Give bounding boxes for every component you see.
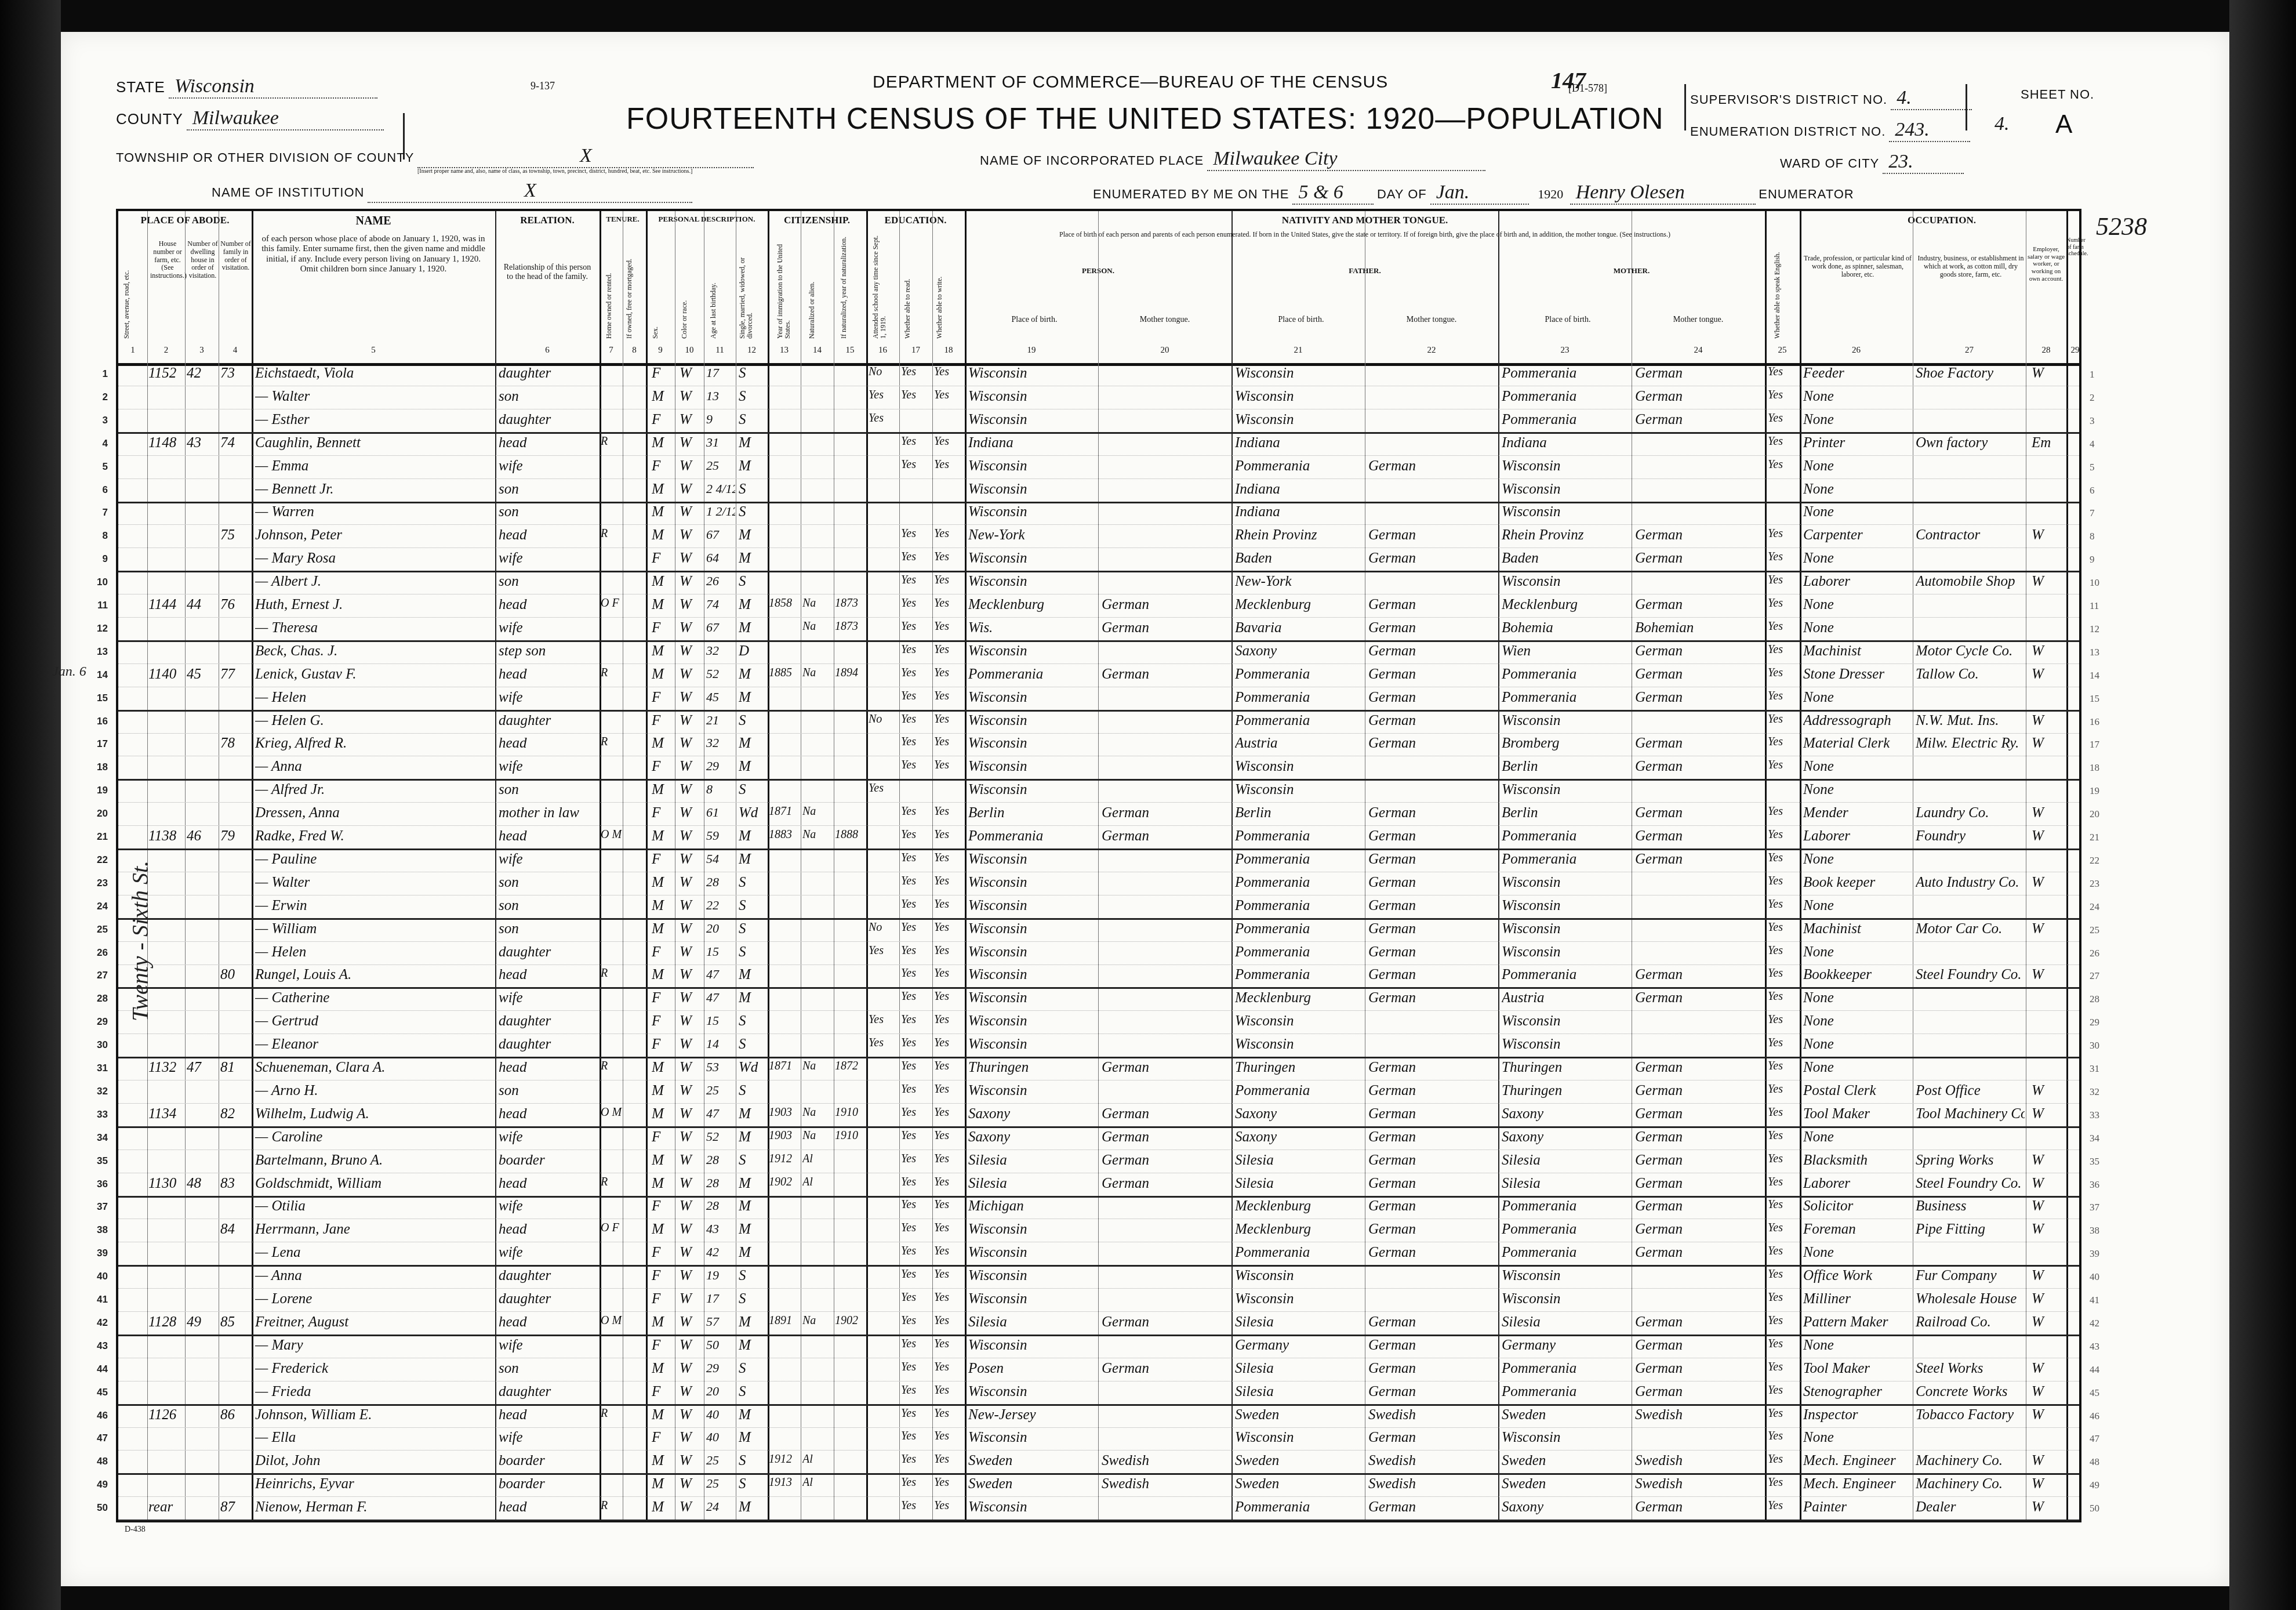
table-row: 4 1148 43 74 Caughlin, Bennett head R M … [118, 433, 2079, 456]
speaks-english: Yes [1768, 389, 1799, 402]
sex: F [652, 1036, 674, 1053]
township-field: TOWNSHIP OR OTHER DIVISION OF COUNTYX [I… [116, 145, 754, 175]
age: 28 [706, 875, 735, 890]
age: 28 [706, 1176, 735, 1191]
house-number: 1134 [148, 1106, 184, 1122]
can-read: Yes [901, 898, 931, 911]
can-read: Yes [901, 458, 931, 472]
mother-tongue: Swedish [1102, 1453, 1230, 1469]
age: 17 [706, 1291, 735, 1306]
speaks-english: Yes [1768, 1198, 1799, 1212]
mother-mother-tongue: German [1635, 550, 1764, 567]
father-mother-tongue: Swedish [1368, 1407, 1497, 1423]
table-row: 27 80 Rungel, Louis A. head R M W 47 M Y… [118, 964, 2079, 989]
age: 61 [706, 805, 735, 820]
table-row: 28 — Catherine wife F W 47 M Yes Yes Wis… [118, 988, 2079, 1011]
family-number: 74 [220, 435, 250, 451]
race: W [680, 620, 703, 636]
industry: Motor Cycle Co. [1916, 643, 2025, 659]
birthplace: Silesia [968, 1176, 1097, 1192]
birthplace: Wisconsin [968, 921, 1097, 937]
person-name: Eichstaedt, Viola [255, 365, 493, 382]
occupation: Postal Clerk [1803, 1083, 1912, 1099]
can-read: Yes [901, 365, 931, 379]
mother-mother-tongue: German [1635, 666, 1764, 683]
naturalization-year: 1910 [835, 1129, 865, 1143]
col24-label: Mother tongue. [1632, 316, 1765, 325]
relation: wife [499, 1129, 598, 1145]
family-number: 76 [220, 597, 250, 613]
line-number: 13 [85, 646, 108, 658]
speaks-english: Yes [1768, 713, 1799, 726]
house-number: 1140 [148, 666, 184, 683]
birthplace: Wisconsin [968, 944, 1097, 960]
colnum-21: 21 [1231, 346, 1365, 356]
colnum-3: 3 [185, 346, 219, 356]
can-write: Yes [934, 1268, 964, 1281]
industry: Contractor [1916, 527, 2025, 543]
table-row: 11 1144 44 76 Huth, Ernest J. head O F M… [118, 594, 2079, 618]
industry: Wholesale House [1916, 1291, 2025, 1307]
race: W [680, 1384, 703, 1400]
house-number: 1152 [148, 365, 184, 382]
line-number: 20 [85, 808, 108, 819]
father-birthplace: Saxony [1235, 1106, 1364, 1122]
mother-birthplace: Wisconsin [1502, 944, 1630, 960]
immigration-year: 1883 [769, 828, 800, 842]
occupation: None [1803, 759, 1912, 775]
can-write: Yes [934, 1083, 964, 1096]
speaks-english: Yes [1768, 597, 1799, 610]
birthplace: Berlin [968, 805, 1097, 821]
sex: M [652, 828, 674, 844]
speaks-english: Yes [1768, 875, 1799, 888]
mother-birthplace: Pommerania [1502, 1361, 1630, 1377]
industry: Post Office [1916, 1083, 2025, 1099]
marital-status: S [739, 1036, 766, 1053]
father-birthplace: Silesia [1235, 1314, 1364, 1330]
can-read: Yes [901, 1083, 931, 1096]
age: 28 [706, 1198, 735, 1213]
employer-class: W [2032, 1499, 2065, 1515]
father-birthplace: Wisconsin [1235, 1013, 1364, 1029]
form-code: [D1-578] [1568, 82, 1607, 95]
employer-class: W [2032, 875, 2065, 891]
line-number: 9 [85, 553, 108, 565]
marital-status: S [739, 365, 766, 382]
industry: Tallow Co. [1916, 666, 2025, 683]
marital-status: S [739, 504, 766, 520]
col27-label: Industry, business, or establishment in … [1916, 255, 2026, 278]
sex: M [652, 875, 674, 891]
can-write: Yes [934, 1176, 964, 1189]
line-number: 44 [85, 1364, 108, 1375]
line-number: 4 [85, 438, 108, 449]
line-number-right: 13 [2090, 647, 2099, 658]
birthplace: Wis. [968, 620, 1097, 636]
person-name: Lenick, Gustav F. [255, 666, 493, 683]
father-birthplace: Thuringen [1235, 1060, 1364, 1076]
marital-status: S [739, 1291, 766, 1307]
colnum-28: 28 [2026, 346, 2066, 356]
occupation: None [1803, 504, 1912, 520]
county-value: Milwaukee [187, 107, 384, 130]
speaks-english: Yes [1768, 851, 1799, 865]
can-read: Yes [901, 1337, 931, 1351]
industry: Steel Foundry Co. [1916, 967, 2025, 983]
line-number-right: 12 [2090, 623, 2099, 635]
can-read: Yes [901, 1430, 931, 1443]
state-label: STATE [116, 78, 165, 96]
father-birthplace: Saxony [1235, 1129, 1364, 1145]
employer-class: W [2032, 713, 2065, 729]
mother-birthplace: Bromberg [1502, 735, 1630, 752]
marital-status: S [739, 782, 766, 798]
can-read: Yes [901, 389, 931, 402]
mother-birthplace: Pommerania [1502, 412, 1630, 428]
birthplace: Wisconsin [968, 1036, 1097, 1053]
relation: head [499, 527, 598, 543]
industry: N.W. Mut. Ins. [1916, 713, 2025, 729]
employer-class: W [2032, 365, 2065, 382]
occupation: Machinist [1803, 643, 1912, 659]
mother-mother-tongue: German [1635, 1361, 1764, 1377]
line-number-right: 46 [2090, 1410, 2099, 1422]
sex: F [652, 1268, 674, 1284]
relation: son [499, 782, 598, 798]
race: W [680, 412, 703, 428]
sex: F [652, 1198, 674, 1214]
family-number: 84 [220, 1221, 250, 1238]
sex: F [652, 713, 674, 729]
father-mother-tongue: German [1368, 967, 1497, 983]
race: W [680, 1291, 703, 1307]
sex: M [652, 597, 674, 613]
person-name: Caughlin, Bennett [255, 435, 493, 451]
mother-tongue: Swedish [1102, 1476, 1230, 1492]
father-birthplace: Saxony [1235, 643, 1364, 659]
line-number: 31 [85, 1063, 108, 1074]
marital-status: Wd [739, 1060, 766, 1076]
race: W [680, 1453, 703, 1469]
age: 59 [706, 828, 735, 843]
line-number: 12 [85, 623, 108, 634]
race: W [680, 690, 703, 706]
can-read: Yes [901, 527, 931, 541]
occupation: Inspector [1803, 1407, 1912, 1423]
line-number-right: 16 [2090, 716, 2099, 728]
person-name: Johnson, Peter [255, 527, 493, 543]
speaks-english: Yes [1768, 1036, 1799, 1050]
mother-mother-tongue: German [1635, 643, 1764, 659]
race: W [680, 828, 703, 844]
father-mother-tongue: German [1368, 690, 1497, 706]
occupation: Addressograph [1803, 713, 1912, 729]
relation: wife [499, 1337, 598, 1354]
birthplace: Wisconsin [968, 1245, 1097, 1261]
birthplace: Wisconsin [968, 504, 1097, 520]
industry: Steel Works [1916, 1361, 2025, 1377]
can-write: Yes [934, 1152, 964, 1166]
col11-label: Age at last birthday. [710, 234, 717, 339]
sex: M [652, 1176, 674, 1192]
mother-tongue: German [1102, 1152, 1230, 1169]
occupation: Mech. Engineer [1803, 1476, 1912, 1492]
mother-birthplace: Sweden [1502, 1476, 1630, 1492]
can-write: Yes [934, 435, 964, 448]
attended-school: Yes [869, 944, 899, 958]
father-birthplace: Wisconsin [1235, 759, 1364, 775]
colnum-17: 17 [899, 346, 932, 356]
sex: M [652, 666, 674, 683]
line-number: 41 [85, 1294, 108, 1306]
can-read: Yes [901, 759, 931, 772]
mother-birthplace: Wisconsin [1502, 1430, 1630, 1446]
relation: head [499, 1407, 598, 1423]
tenure: O M [601, 828, 645, 842]
marital-status: D [739, 643, 766, 659]
birthplace: Wisconsin [968, 875, 1097, 891]
birthplace: Wisconsin [968, 1384, 1097, 1400]
can-read: Yes [901, 1106, 931, 1119]
table-row: 3 — Esther daughter F W 9 S Yes Wisconsi… [118, 409, 2079, 434]
occupation: None [1803, 851, 1912, 868]
tenure: R [601, 1499, 645, 1513]
race: W [680, 1361, 703, 1377]
can-write: Yes [934, 458, 964, 472]
person-name: — Mary Rosa [255, 550, 493, 567]
employer-class: W [2032, 527, 2065, 543]
birthplace: Wisconsin [968, 481, 1097, 498]
colnum-8: 8 [623, 346, 646, 356]
birthplace: Wisconsin [968, 1337, 1097, 1354]
dwelling-number: 47 [187, 1060, 218, 1076]
can-write: Yes [934, 620, 964, 633]
can-read: Yes [901, 875, 931, 888]
father-mother-tongue: German [1368, 921, 1497, 937]
can-read: Yes [901, 1314, 931, 1328]
employer-class: W [2032, 1291, 2065, 1307]
mother-birthplace: Germany [1502, 1337, 1630, 1354]
can-write: Yes [934, 1245, 964, 1258]
colnum-4: 4 [219, 346, 252, 356]
can-read: Yes [901, 1453, 931, 1466]
line-number: 1 [85, 368, 108, 380]
state-field: STATEWisconsin [116, 75, 377, 99]
birthplace: Pommerania [968, 828, 1097, 844]
can-write: Yes [934, 1361, 964, 1374]
house-number: 1128 [148, 1314, 184, 1330]
age: 25 [706, 1453, 735, 1468]
line-number: 38 [85, 1224, 108, 1236]
mother-mother-tongue: German [1635, 735, 1764, 752]
occupation: Tool Maker [1803, 1106, 1912, 1122]
colnum-23: 23 [1498, 346, 1632, 356]
birthplace: Indiana [968, 435, 1097, 451]
dwelling-number: 44 [187, 597, 218, 613]
person-name: — Arno H. [255, 1083, 493, 1099]
table-row: 39 — Lena wife F W 42 M Yes Yes Wisconsi… [118, 1242, 2079, 1267]
table-row: 2 — Walter son M W 13 S Yes Yes Yes Wisc… [118, 386, 2079, 409]
col6-label: Relationship of this person to the head … [501, 263, 594, 282]
family-number: 78 [220, 735, 250, 752]
mother-birthplace: Wisconsin [1502, 875, 1630, 891]
colnum-12: 12 [736, 346, 768, 356]
occupation: Milliner [1803, 1291, 1912, 1307]
line-number: 37 [85, 1201, 108, 1213]
margin-date-note: Jan. 6 [52, 664, 86, 680]
naturalized: Na [802, 1106, 833, 1119]
occupation: Laborer [1803, 1176, 1912, 1192]
table-row: 49 Heinrichs, Eyvar boarder M W 25 S 191… [118, 1474, 2079, 1497]
family-number: 75 [220, 527, 250, 543]
relation: wife [499, 458, 598, 474]
person-name: — Alfred Jr. [255, 782, 493, 798]
naturalization-year: 1910 [835, 1106, 865, 1119]
mother-mother-tongue: German [1635, 1198, 1764, 1214]
table-row: 21 1138 46 79 Radke, Fred W. head O M M … [118, 826, 2079, 850]
mother-mother-tongue: German [1635, 759, 1764, 775]
industry: Laundry Co. [1916, 805, 2025, 821]
mother-birthplace: Silesia [1502, 1152, 1630, 1169]
speaks-english: Yes [1768, 1337, 1799, 1351]
mother-mother-tongue: German [1635, 1337, 1764, 1354]
speaks-english: Yes [1768, 412, 1799, 425]
speaks-english: Yes [1768, 1499, 1799, 1513]
can-read: Yes [901, 1407, 931, 1420]
line-number-right: 7 [2090, 507, 2095, 519]
census-title: FOURTEENTH CENSUS OF THE UNITED STATES: … [626, 101, 1664, 136]
table-row: 46 1126 86 Johnson, William E. head R M … [118, 1405, 2079, 1428]
line-number-right: 2 [2090, 392, 2095, 404]
line-number: 47 [85, 1433, 108, 1444]
father-birthplace: Pommerania [1235, 458, 1364, 474]
table-row: 19 — Alfred Jr. son M W 8 S Yes Wisconsi… [118, 779, 2079, 803]
line-number-right: 29 [2090, 1017, 2099, 1028]
occupation: None [1803, 1430, 1912, 1446]
birthplace: Michigan [968, 1198, 1097, 1214]
column-headers: PLACE OF ABODE. NAME of each person whos… [118, 211, 2079, 366]
occupation: Carpenter [1803, 527, 1912, 543]
mother-birthplace: Wisconsin [1502, 713, 1630, 729]
line-number: 28 [85, 993, 108, 1005]
race: W [680, 805, 703, 821]
person-name: — Helen [255, 690, 493, 706]
mother-birthplace: Pommerania [1502, 389, 1630, 405]
colnum-26: 26 [1800, 346, 1913, 356]
age: 17 [706, 365, 735, 380]
employer-class: W [2032, 1198, 2065, 1214]
marital-status: M [739, 967, 766, 983]
line-number-right: 39 [2090, 1248, 2099, 1260]
sheet-label: SHEET NO. [2021, 87, 2094, 101]
line-number: 43 [85, 1340, 108, 1352]
sex: F [652, 365, 674, 382]
line-number: 6 [85, 484, 108, 496]
birthplace: Wisconsin [968, 412, 1097, 428]
attended-school: Yes [869, 782, 899, 795]
speaks-english: Yes [1768, 458, 1799, 472]
can-write: Yes [934, 1430, 964, 1443]
mother-mother-tongue: German [1635, 1152, 1764, 1169]
father-mother-tongue: German [1368, 805, 1497, 821]
house-number: 1132 [148, 1060, 184, 1076]
sex: M [652, 898, 674, 914]
state-value: Wisconsin [169, 75, 377, 99]
colnum-10: 10 [675, 346, 704, 356]
line-number-right: 9 [2090, 554, 2095, 565]
industry: Machinery Co. [1916, 1476, 2025, 1492]
line-number-right: 18 [2090, 762, 2099, 774]
marital-status: M [739, 1106, 766, 1122]
supervisor-value: 4. [1891, 87, 1972, 110]
line-number-right: 24 [2090, 901, 2099, 913]
mother-birthplace: Wisconsin [1502, 1291, 1630, 1307]
age: 52 [706, 666, 735, 681]
birthplace: Wisconsin [968, 574, 1097, 590]
relation: daughter [499, 1384, 598, 1400]
house-number: 1138 [148, 828, 184, 844]
mother-birthplace: Pommerania [1502, 967, 1630, 983]
can-read: Yes [901, 967, 931, 980]
relation: step son [499, 643, 598, 659]
mother-mother-tongue: German [1635, 967, 1764, 983]
occupation: None [1803, 1060, 1912, 1076]
father-birthplace: Wisconsin [1235, 412, 1364, 428]
sex: F [652, 1129, 674, 1145]
line-number-right: 42 [2090, 1318, 2099, 1329]
can-write: Yes [934, 389, 964, 402]
father-birthplace: Indiana [1235, 435, 1364, 451]
speaks-english: Yes [1768, 828, 1799, 842]
employer-class: W [2032, 643, 2065, 659]
marital-status: M [739, 1129, 766, 1145]
age: 32 [706, 735, 735, 750]
line-number-right: 45 [2090, 1387, 2099, 1399]
col17-label: Whether able to read. [904, 234, 911, 339]
mother-mother-tongue: German [1635, 1384, 1764, 1400]
sex: F [652, 1013, 674, 1029]
speaks-english: Yes [1768, 990, 1799, 1003]
father-mother-tongue: German [1368, 828, 1497, 844]
table-row: 5 — Emma wife F W 25 M Yes Yes Wisconsin… [118, 456, 2079, 479]
race: W [680, 1176, 703, 1192]
race: W [680, 1013, 703, 1029]
immigration-year: 1871 [769, 805, 800, 818]
marital-status: S [739, 1152, 766, 1169]
race: W [680, 875, 703, 891]
can-write: Yes [934, 1384, 964, 1397]
incorporated-place-label: NAME OF INCORPORATED PLACE [980, 153, 1204, 168]
table-row: 18 — Anna wife F W 29 M Yes Yes Wisconsi… [118, 756, 2079, 781]
father-mother-tongue: German [1368, 1106, 1497, 1122]
district-bracket [1684, 84, 1686, 130]
sex: F [652, 759, 674, 775]
industry: Pipe Fitting [1916, 1221, 2025, 1238]
tenure: R [601, 735, 645, 749]
father-mother-tongue: German [1368, 898, 1497, 914]
line-number-right: 17 [2090, 739, 2099, 750]
supervisor-label: SUPERVISOR'S DISTRICT NO. [1690, 92, 1887, 107]
race: W [680, 898, 703, 914]
line-number: 3 [85, 415, 108, 426]
col22-label: Mother tongue. [1365, 316, 1498, 325]
age: 31 [706, 435, 735, 450]
colnum-16: 16 [866, 346, 899, 356]
can-write: Yes [934, 1291, 964, 1304]
can-write: Yes [934, 550, 964, 564]
table-row: 38 84 Herrmann, Jane head O F M W 43 M Y… [118, 1219, 2079, 1242]
